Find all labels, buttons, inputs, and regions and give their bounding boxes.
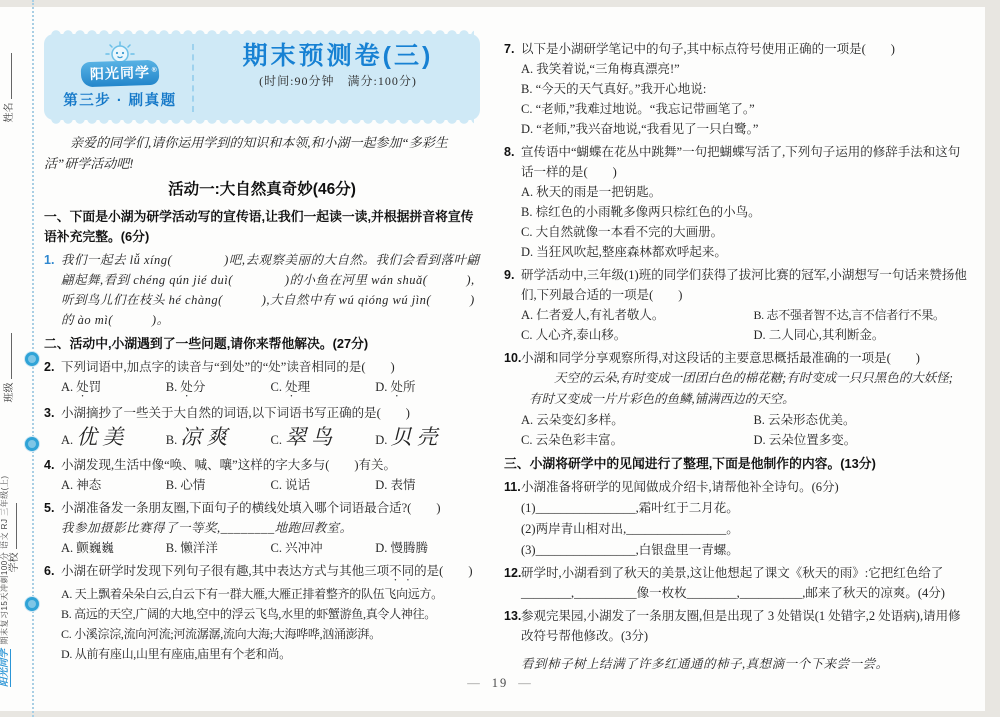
activity-heading: 活动一:大自然真奇妙(46分) <box>44 180 480 200</box>
question-13: 13. 参观完果园,小湖发了一条朋友圈,但是出现了 3 处错误(1 处错字,2 … <box>504 606 968 674</box>
intro-text: 亲爱的同学们,请你运用学到的知识和本领,和小湖一起参加“多彩生活”研学活动吧! <box>44 132 480 174</box>
option-a: A. 优美 <box>61 427 166 450</box>
question-2: 2. 下列词语中,加点字的读音与“到处”的“处”读音相同的是( ) A. 处罚 … <box>44 357 480 400</box>
page-footer: —19— <box>0 676 1000 691</box>
handwritten-word: 凉爽 <box>180 425 232 449</box>
footer-dash-right: — <box>518 676 533 690</box>
question-6-options: A. 天上飘着朵朵白云,白云下有一群大雁,大雁正排着整齐的队伍飞向远方。 B. … <box>61 584 480 664</box>
option-b: B. 棕红色的小雨靴多像两只棕红色的小鸟。 <box>521 202 968 222</box>
section-1-heading: 一、下面是小湖为研学活动写的宣传语,让我们一起读一读,并根据拼音将宣传语补充完整… <box>44 207 480 247</box>
class-label-text: 班级 <box>4 383 15 403</box>
handwritten-word: 贝壳 <box>391 425 443 449</box>
question-7-number: 7. <box>504 39 514 59</box>
exam-title-block: 期末预测卷(三) (时间:90分钟 满分:100分) <box>204 46 472 91</box>
question-10-stem: 小湖和同学分享观察所得,对这段话的主要意思概括最准确的一项是( ) <box>521 351 920 365</box>
scanned-exam-page: { "margin": { "name_label": "姓名", "class… <box>0 0 1000 717</box>
question-7-stem: 以下是小湖研学笔记中的句子,其中标点符号使用正确的一项是( ) <box>521 42 895 56</box>
question-5-sentence: 我参加摄影比赛得了一等奖,________地跑回教室。 <box>61 518 480 538</box>
option-letter: A. <box>61 433 73 447</box>
dotted-char: 处 <box>391 380 404 394</box>
option-c: C. 人心齐,泰山移。 <box>521 325 753 345</box>
poem-line-2: (2)两岸青山相对出,________________。 <box>521 519 968 539</box>
class-blank-line <box>2 334 12 380</box>
option-c: C. 小溪淙淙,流向河流;河流潺潺,流向大海;大海哗哗,汹涌澎湃。 <box>61 624 480 644</box>
option-letter: C. <box>271 433 282 447</box>
scan-edge-bottom <box>0 711 1000 717</box>
question-8-number: 8. <box>504 142 514 162</box>
brand-ribbon: 阳光同学® <box>81 60 160 88</box>
scan-edge-right <box>985 0 1000 717</box>
option-b: B. 心情 <box>166 475 271 495</box>
poem-line-3: (3)________________,白银盘里一青螺。 <box>521 540 968 560</box>
option-letter: C. <box>271 380 282 394</box>
poem-line-1: (1)________________,霜叶红于二月花。 <box>521 498 968 518</box>
question-1-number: 1. <box>44 250 54 270</box>
book-series-label: 期末复习15天冲刺100分 语文 RJ 三年级(上) <box>0 475 12 645</box>
dotted-char: 处 <box>285 380 298 394</box>
question-5-stem: 小湖准备发一条朋友圈,下面句子的横线处填入哪个词语最合适?( ) <box>61 501 441 515</box>
footer-dash-left: — <box>467 676 482 690</box>
question-12-stem: 研学时,小湖看到了秋天的美景,这让他想起了课文《秋天的雨》:它把红色给了____… <box>521 566 945 600</box>
name-blank-line <box>2 54 12 100</box>
question-4: 4. 小湖发现,生活中像“唤、喊、嚷”这样的字大多与( )有关。 A. 神态 B… <box>44 455 480 495</box>
name-label-text: 姓名 <box>4 103 15 123</box>
question-10-passage: 天空的云朵,有时变成一团团白色的棉花糖;有时变成一只只黑色的大妖怪;有时又变成一… <box>521 368 968 410</box>
cut-line-badge-icon <box>25 597 39 611</box>
question-5: 5. 小湖准备发一条朋友圈,下面句子的横线处填入哪个词语最合适?( ) 我参加摄… <box>44 498 480 558</box>
question-9: 9. 研学活动中,三年级(1)班的同学们获得了拔河比赛的冠军,小湖想写一句话来赞… <box>504 265 968 345</box>
dotted-char: 处 <box>76 380 89 394</box>
option-d: D. 贝壳 <box>375 427 480 450</box>
question-9-options-row-1: A. 仁者爱人,有礼者敬人。 B. 志不强者智不达,言不信者行不果。 <box>521 305 968 325</box>
question-7-options: A. 我笑着说,“三角梅真漂亮!” B. “今天的天气真好。”我开心地说: C.… <box>521 59 968 139</box>
question-10-options-row-1: A. 云朵变幻多样。 B. 云朵形态优美。 <box>521 410 968 430</box>
dotted-char: 处 <box>180 380 193 394</box>
section-2-heading: 二、活动中,小湖遇到了一些问题,请你来帮他解决。(27分) <box>44 334 480 354</box>
option-d: D. 表情 <box>375 475 415 495</box>
option-b: B. 云朵形态优美。 <box>753 410 855 430</box>
option-c: C. 兴冲冲 <box>271 538 376 558</box>
question-8-stem: 宣传语中“蝴蝶在花丛中跳舞”一句把蝴蝶写活了,下列句子运用的修辞手法和这句话一样… <box>521 145 960 179</box>
option-text: 分 <box>193 380 206 394</box>
handwritten-word: 翠鸟 <box>285 425 337 449</box>
option-b: B. “今天的天气真好。”我开心地说: <box>521 79 968 99</box>
cut-line-badge-icon <box>25 437 39 451</box>
question-11-number: 11. <box>504 477 521 497</box>
question-9-options-row-2: C. 人心齐,泰山移。 D. 二人同心,其利断金。 <box>521 325 968 345</box>
brand-text: 阳光同学 <box>90 64 151 82</box>
option-c: C. 处理 <box>271 377 376 400</box>
option-a: A. 颤巍巍 <box>61 538 166 558</box>
cut-line-badge-icon <box>25 352 39 366</box>
registered-mark: ® <box>151 61 158 81</box>
option-c: C. 云朵色彩丰富。 <box>521 430 753 450</box>
question-10: 10. 小湖和同学分享观察所得,对这段话的主要意思概括最准确的一项是( ) 天空… <box>504 348 968 450</box>
question-1-text: 我们一起去 lǚ xíng( )吧,去观察美丽的大自然。我们会看到落叶翩翩起舞,… <box>61 253 479 327</box>
question-11-stem: 小湖准备将研学的见闻做成介绍卡,请帮他补全诗句。(6分) <box>521 480 839 494</box>
option-a: A. 处罚 <box>61 377 166 400</box>
question-13-number: 13. <box>504 606 521 626</box>
question-1: 1. 我们一起去 lǚ xíng( )吧,去观察美丽的大自然。我们会看到落叶翩翩… <box>44 250 480 330</box>
option-c: C. 大自然就像一本看不完的大画册。 <box>521 222 968 242</box>
question-2-number: 2. <box>44 357 54 377</box>
option-a: A. 秋天的雨是一把钥匙。 <box>521 182 968 202</box>
question-7: 7. 以下是小湖研学笔记中的句子,其中标点符号使用正确的一项是( ) A. 我笑… <box>504 39 968 139</box>
question-10-number: 10. <box>504 348 521 368</box>
option-a: A. 我笑着说,“三角梅真漂亮!” <box>521 59 968 79</box>
scan-edge-top <box>0 0 1000 7</box>
question-12-number: 12. <box>504 563 521 583</box>
question-3-options: A. 优美 B. 凉爽 C. 翠鸟 D. 贝壳 <box>61 427 480 450</box>
question-3: 3. 小湖摘抄了一些关于大自然的词语,以下词语书写正确的是( ) A. 优美 B… <box>44 403 480 450</box>
option-d: D. 云朵位置多变。 <box>753 430 856 450</box>
option-letter: B. <box>166 380 177 394</box>
step-badge: 第三步 · 刷真题 <box>54 91 186 111</box>
question-13-stem: 参观完果园,小湖发了一条朋友圈,但是出现了 3 处错误(1 处错字,2 处语病)… <box>521 609 961 643</box>
option-b: B. 懒洋洋 <box>166 538 271 558</box>
question-2-stem: 下列词语中,加点字的读音与“到处”的“处”读音相同的是( ) <box>61 360 395 374</box>
class-label: 班级 <box>2 323 16 413</box>
option-letter: A. <box>61 380 73 394</box>
option-letter: B. <box>166 433 177 447</box>
option-d: D. 当狂风吹起,整座森林都欢呼起来。 <box>521 242 968 262</box>
dotted-chars: 不同 <box>389 564 414 578</box>
option-b: B. 处分 <box>166 377 271 400</box>
question-9-stem: 研学活动中,三年级(1)班的同学们获得了拔河比赛的冠军,小湖想写一句话来赞扬他们… <box>521 268 967 302</box>
option-d: D. 处所 <box>375 377 415 400</box>
question-3-stem: 小湖摘抄了一些关于大自然的词语,以下词语书写正确的是( ) <box>61 406 410 420</box>
option-d: D. 慢腾腾 <box>375 538 428 558</box>
question-13-sentence: 看到柿子树上结满了许多红通通的柿子,真想滴一个下来尝一尝。 <box>521 654 968 674</box>
question-9-number: 9. <box>504 265 514 285</box>
question-6-number: 6. <box>44 561 54 581</box>
question-11: 11. 小湖准备将研学的见闻做成介绍卡,请帮他补全诗句。(6分) (1)____… <box>504 477 968 560</box>
option-b: B. 凉爽 <box>166 427 271 450</box>
option-text: 罚 <box>89 380 102 394</box>
option-d: D. “老师,”我兴奋地说,“我看见了一只白鹭。” <box>521 119 968 139</box>
section-3-heading: 三、小湖将研学中的见闻进行了整理,下面是他制作的内容。(13分) <box>504 454 968 474</box>
option-a: A. 云朵变幻多样。 <box>521 410 753 430</box>
question-4-options: A. 神态 B. 心情 C. 说话 D. 表情 <box>61 475 480 495</box>
option-b: B. 志不强者智不达,言不信者行不果。 <box>753 305 944 325</box>
handwritten-word: 优美 <box>76 425 128 449</box>
question-10-options-row-2: C. 云朵色彩丰富。 D. 云朵位置多变。 <box>521 430 968 450</box>
question-6-stem: 小湖在研学时发现下列句子很有趣,其中表达方式与其他三项 <box>61 564 389 578</box>
option-text: 理 <box>298 380 311 394</box>
series-label-text: 期末复习15天冲刺100分 语文 RJ 三年级(上) <box>0 475 9 644</box>
option-b: B. 高远的天空,广阔的大地,空中的浮云飞鸟,水里的虾蟹游鱼,真令人神往。 <box>61 604 480 624</box>
option-d: D. 二人同心,其利断金。 <box>753 325 884 345</box>
left-column: 阳光同学® 第三步 · 刷真题 期末预测卷(三) (时间:90分钟 满分:100… <box>44 34 480 664</box>
question-4-stem: 小湖发现,生活中像“唤、喊、嚷”这样的字大多与( )有关。 <box>61 458 396 472</box>
option-letter: D. <box>375 433 387 447</box>
question-5-options: A. 颤巍巍 B. 懒洋洋 C. 兴冲冲 D. 慢腾腾 <box>61 538 480 558</box>
question-5-number: 5. <box>44 498 54 518</box>
option-a: A. 仁者爱人,有礼者敬人。 <box>521 305 753 325</box>
question-8: 8. 宣传语中“蝴蝶在花丛中跳舞”一句把蝴蝶写活了,下列句子运用的修辞手法和这句… <box>504 142 968 262</box>
option-c: C. “老师,”我难过地说。“我忘记带画笔了。” <box>521 99 968 119</box>
option-c: C. 说话 <box>271 475 376 495</box>
exam-title: 期末预测卷(三) <box>204 46 472 66</box>
question-4-number: 4. <box>44 455 54 475</box>
question-3-number: 3. <box>44 403 54 423</box>
option-text: 所 <box>403 380 416 394</box>
option-c: C. 翠鸟 <box>271 427 376 450</box>
header-divider <box>192 44 194 112</box>
brand-logo: 阳光同学® 第三步 · 刷真题 <box>54 40 186 111</box>
question-6: 6. 小湖在研学时发现下列句子很有趣,其中表达方式与其他三项不同的是( ) A.… <box>44 561 480 664</box>
question-2-options: A. 处罚 B. 处分 C. 处理 D. 处所 <box>61 377 480 400</box>
header-card: 阳光同学® 第三步 · 刷真题 期末预测卷(三) (时间:90分钟 满分:100… <box>44 34 480 120</box>
option-a: A. 神态 <box>61 475 166 495</box>
exam-meta: (时间:90分钟 满分:100分) <box>204 71 472 91</box>
question-8-options: A. 秋天的雨是一把钥匙。 B. 棕红色的小雨靴多像两只棕红色的小鸟。 C. 大… <box>521 182 968 262</box>
student-name-label: 姓名 <box>2 43 16 133</box>
option-a: A. 天上飘着朵朵白云,白云下有一群大雁,大雁正排着整齐的队伍飞向远方。 <box>61 584 480 604</box>
option-d: D. 从前有座山,山里有座庙,庙里有个老和尚。 <box>61 644 480 664</box>
question-6-stem-end: 的是( ) <box>414 564 472 578</box>
option-letter: D. <box>375 380 387 394</box>
right-column: 7. 以下是小湖研学笔记中的句子,其中标点符号使用正确的一项是( ) A. 我笑… <box>504 36 968 674</box>
footer-page-number: 19 <box>492 676 509 690</box>
question-12: 12. 研学时,小湖看到了秋天的美景,这让他想起了课文《秋天的雨》:它把红色给了… <box>504 563 968 603</box>
